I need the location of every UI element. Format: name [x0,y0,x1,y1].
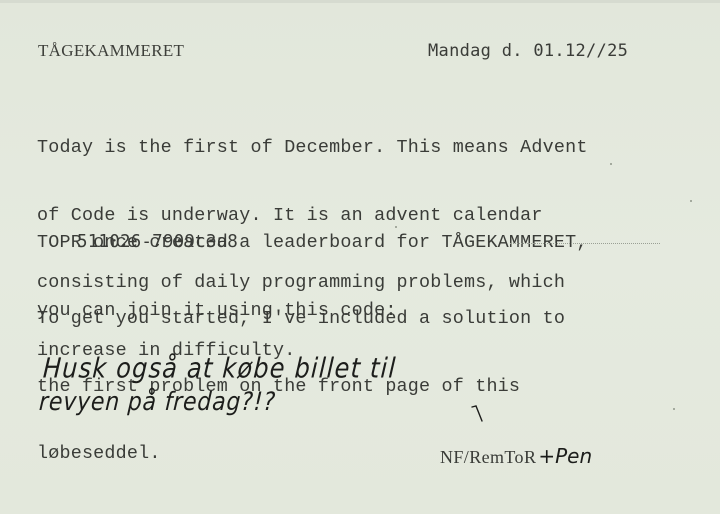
handwritten-note-line: revyen på fredag?!? [38,388,276,417]
signature: NF/RemToR+Pen [440,444,592,468]
paper-speck [395,226,397,228]
pen-stroke-mark [470,404,486,424]
paragraph-line: Today is the first of December. This mea… [37,137,588,160]
date-line: Mandag d. 01.12//25 [428,40,628,63]
leaderboard-code: 511026-7909c3a8 [77,231,238,254]
paragraph-line: To get you started, I've included a solu… [37,308,565,331]
paper-speck [690,200,692,202]
paper-speck [610,163,612,165]
handwritten-note-line: Husk også at købe billet til [42,352,397,384]
solution-paragraph: To get you started, I've included a solu… [37,263,565,511]
paper-marks [510,243,660,244]
lobeseddel-page: TÅGEKAMMERET Mandag d. 01.12//25 Today i… [0,0,720,514]
signature-typed: NF/RemToR [440,447,536,467]
signature-handwritten: +Pen [538,444,592,468]
organization-name: TÅGEKAMMERET [38,40,184,63]
paper-speck [673,408,675,410]
